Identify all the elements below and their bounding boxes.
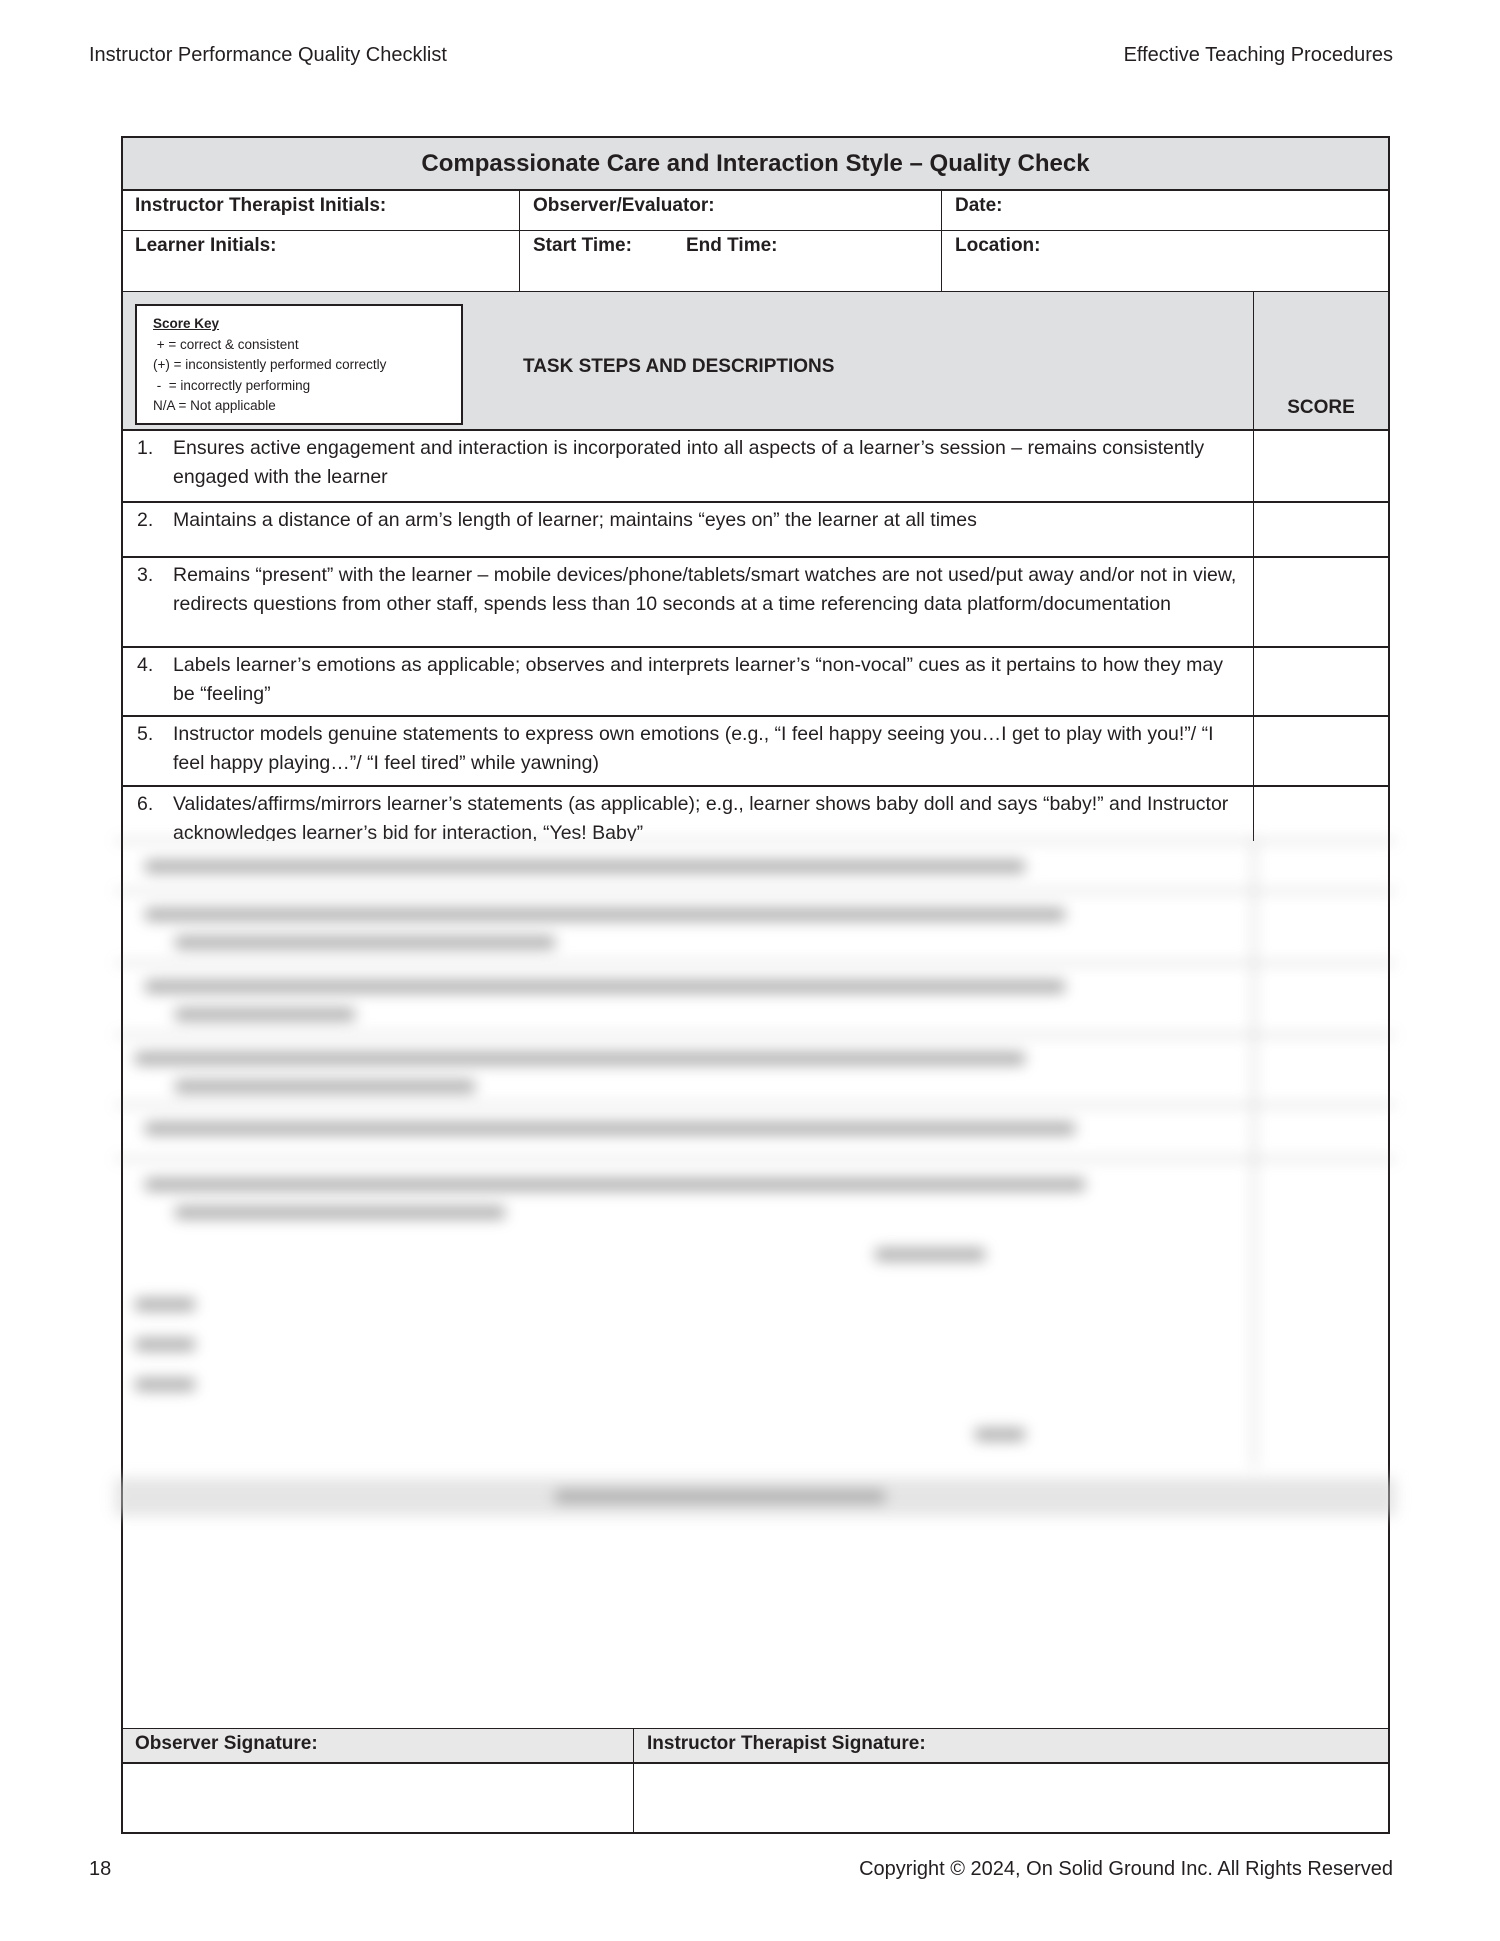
observer-signature-field[interactable] xyxy=(123,1762,633,1832)
page-number: 18 xyxy=(89,1858,111,1881)
score-cell[interactable] xyxy=(1253,431,1388,501)
score-key-item: - = incorrectly performing xyxy=(153,376,461,397)
task-description: Labels learner’s emotions as applicable;… xyxy=(173,651,1249,709)
instructor-signature-field[interactable] xyxy=(635,1762,1388,1832)
task-row: 4. Labels learner’s emotions as applicab… xyxy=(123,648,1388,715)
score-cell[interactable] xyxy=(1253,503,1388,556)
task-description: Instructor models genuine statements to … xyxy=(173,720,1249,778)
copyright: Copyright © 2024, On Solid Ground Inc. A… xyxy=(859,1858,1393,1881)
observer-field[interactable]: Observer/Evaluator: xyxy=(533,195,715,217)
signature-header: Observer Signature: Instructor Therapist… xyxy=(123,1729,1388,1762)
score-key: Score Key + = correct & consistent (+) =… xyxy=(135,304,463,425)
date-field[interactable]: Date: xyxy=(955,195,1003,217)
score-column-heading: SCORE xyxy=(1253,292,1388,429)
task-steps-heading: TASK STEPS AND DESCRIPTIONS xyxy=(523,356,834,378)
task-description: Maintains a distance of an arm’s length … xyxy=(173,506,1249,535)
divider xyxy=(123,189,1388,191)
divider xyxy=(633,1729,634,1832)
task-number: 2. xyxy=(137,506,153,535)
task-description: Validates/affirms/mirrors learner’s stat… xyxy=(173,790,1249,841)
divider xyxy=(123,230,1388,231)
task-row: 6. Validates/affirms/mirrors learner’s s… xyxy=(123,787,1388,841)
task-description: Ensures active engagement and interactio… xyxy=(173,434,1249,492)
score-cell[interactable] xyxy=(1253,648,1388,715)
page-header-left: Instructor Performance Quality Checklist xyxy=(89,44,447,67)
task-description: Remains “present” with the learner – mob… xyxy=(173,561,1249,619)
task-row: 1. Ensures active engagement and interac… xyxy=(123,431,1388,501)
score-cell[interactable] xyxy=(1253,787,1388,841)
task-number: 4. xyxy=(137,651,153,680)
task-number: 5. xyxy=(137,720,153,749)
observer-signature-label: Observer Signature: xyxy=(135,1733,318,1755)
page-header-right: Effective Teaching Procedures xyxy=(1124,44,1393,67)
end-time-field[interactable]: End Time: xyxy=(686,235,778,257)
task-row: 5. Instructor models genuine statements … xyxy=(123,717,1388,785)
learner-initials-field[interactable]: Learner Initials: xyxy=(135,235,277,257)
task-number: 1. xyxy=(137,434,153,463)
location-field[interactable]: Location: xyxy=(955,235,1041,257)
form-title: Compassionate Care and Interaction Style… xyxy=(123,138,1388,189)
start-time-field[interactable]: Start Time: xyxy=(533,235,632,257)
task-header: Score Key + = correct & consistent (+) =… xyxy=(123,292,1388,429)
score-key-item: (+) = inconsistently performed correctly xyxy=(153,355,461,376)
task-number: 3. xyxy=(137,561,153,590)
divider xyxy=(519,189,520,292)
score-key-item: N/A = Not applicable xyxy=(153,396,461,417)
task-row: 2. Maintains a distance of an arm’s leng… xyxy=(123,503,1388,556)
score-cell[interactable] xyxy=(1253,717,1388,785)
task-row: 3. Remains “present” with the learner – … xyxy=(123,558,1388,646)
task-number: 6. xyxy=(137,790,153,819)
score-key-item: + = correct & consistent xyxy=(153,335,461,356)
score-key-title: Score Key xyxy=(153,314,461,335)
quality-check-form: Compassionate Care and Interaction Style… xyxy=(121,136,1390,1834)
divider xyxy=(941,189,942,292)
score-cell[interactable] xyxy=(1253,558,1388,646)
obscured-region xyxy=(115,838,1396,1568)
instructor-signature-label: Instructor Therapist Signature: xyxy=(647,1733,926,1755)
instructor-initials-field[interactable]: Instructor Therapist Initials: xyxy=(135,195,386,217)
